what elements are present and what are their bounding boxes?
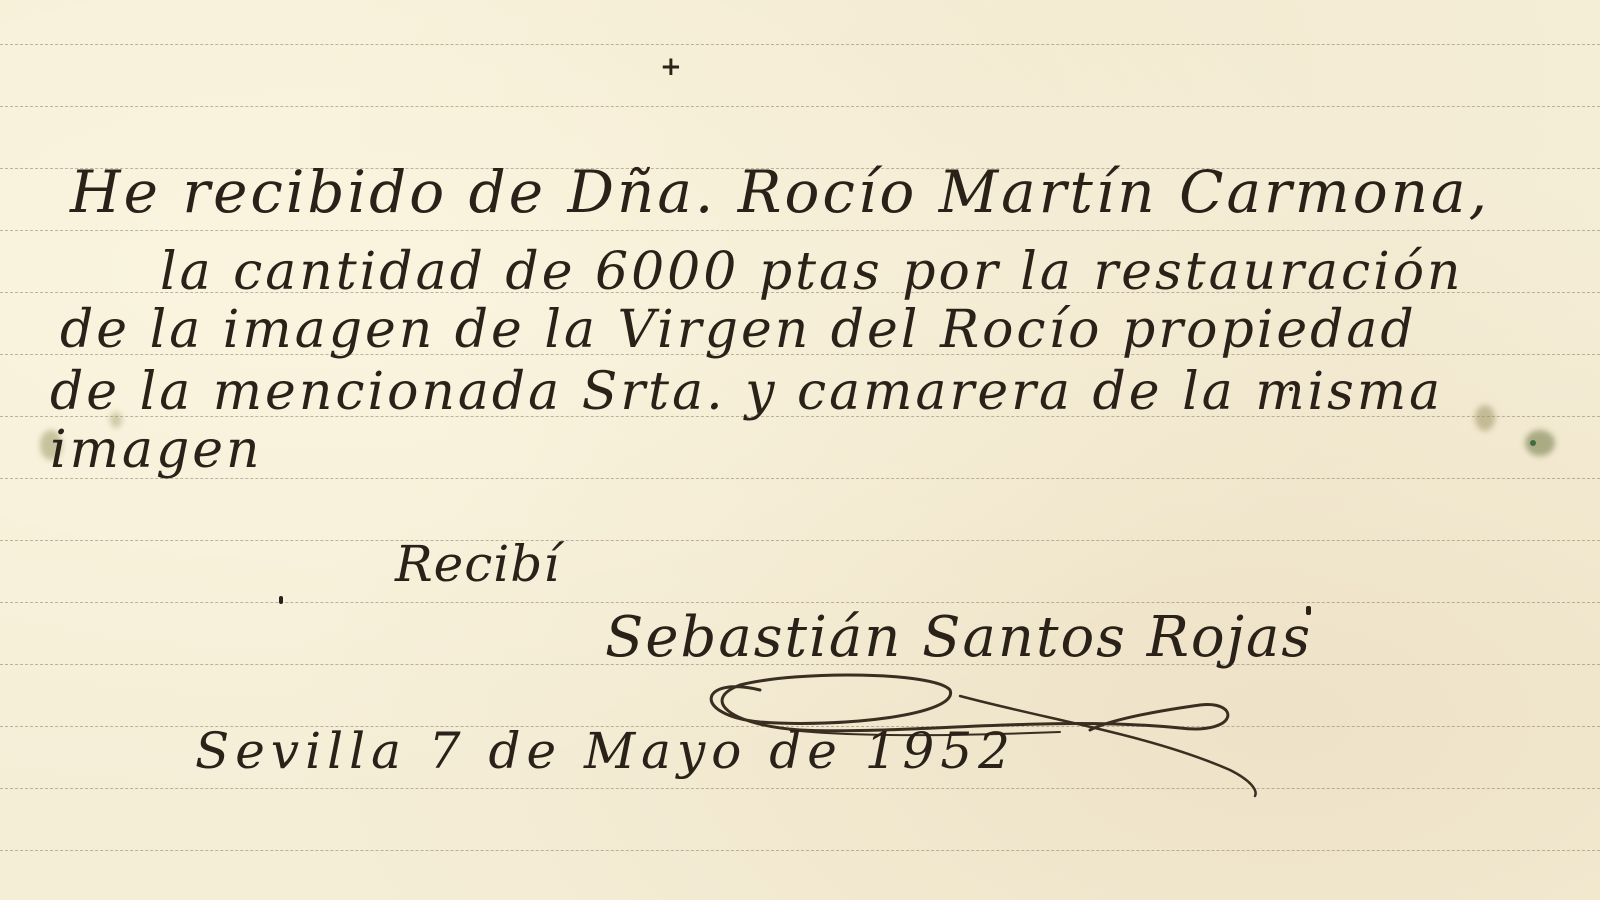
body-line-4: de la mencionada Srta. y camarera de la … (50, 362, 1443, 422)
ink-dot (1289, 387, 1293, 391)
body-line-2: la cantidad de 6000 ptas por la restaura… (160, 242, 1464, 302)
stain (1475, 405, 1495, 431)
ruling-line (0, 230, 1600, 231)
body-line-1: He recibido de Dña. Rocío Martín Carmona… (70, 158, 1490, 226)
body-line-3: de la imagen de la Virgen del Rocío prop… (60, 300, 1417, 360)
stain (1530, 440, 1536, 446)
ruling-line (0, 602, 1600, 603)
cross-mark-icon: + (660, 52, 682, 82)
date-line: Sevilla 7 de Mayo de 1952 (195, 722, 1016, 780)
body-line-5: imagen (50, 420, 263, 480)
ink-dot (279, 596, 283, 604)
received-label: Recibí (395, 535, 560, 593)
ruling-line (0, 106, 1600, 107)
ruling-line (0, 540, 1600, 541)
ruling-line (0, 788, 1600, 789)
paper-sheet: + He recibido de Dña. Rocío Martín Carmo… (0, 0, 1600, 900)
ruling-line (0, 44, 1600, 45)
signature: Sebastián Santos Rojas (605, 605, 1312, 670)
ruling-line (0, 850, 1600, 851)
